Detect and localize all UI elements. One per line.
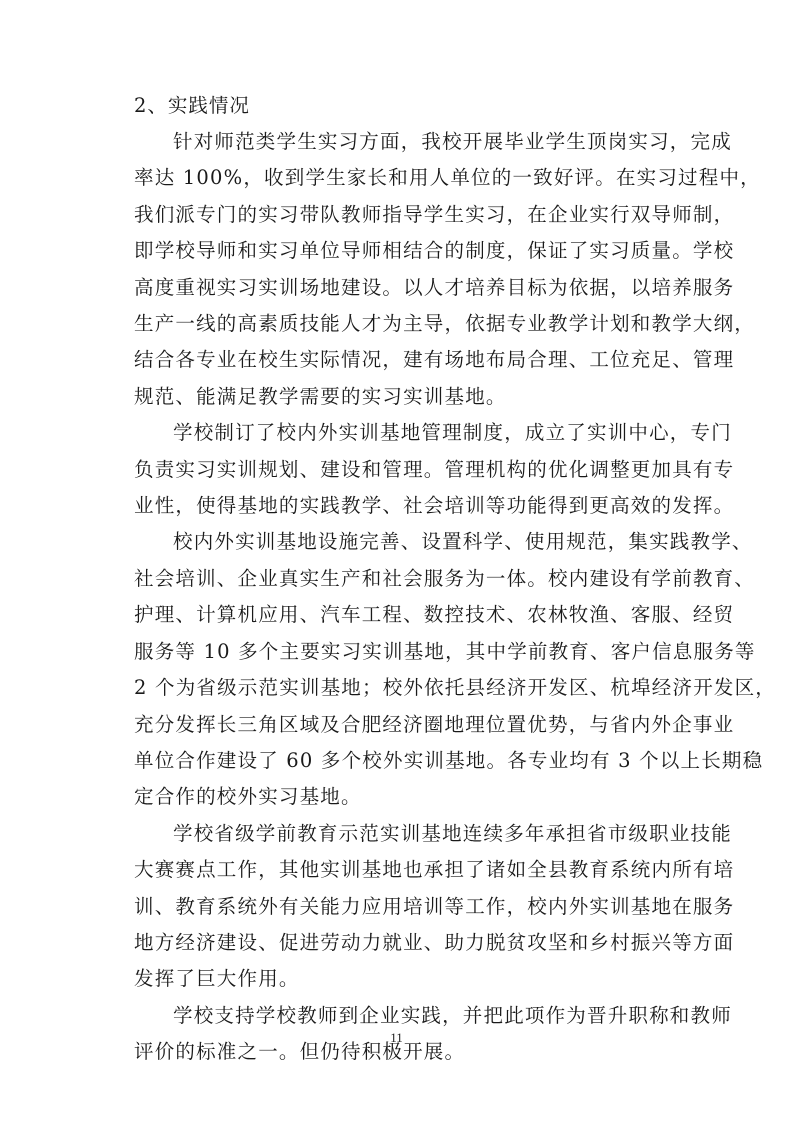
text-line: 2 个为省级示范实训基地；校外依托县经济开发区、杭埠经济开发区， [95, 670, 699, 706]
text-line: 即学校导师和实习单位导师相结合的制度，保证了实习质量。学校 [95, 233, 699, 269]
text-line: 服务等 10 多个主要实习实训基地，其中学前教育、客户信息服务等 [95, 634, 699, 670]
text-line: 发挥了巨大作用。 [95, 961, 699, 997]
text-line: 训、教育系统外有关能力应用培训等工作，校内外实训基地在服务 [95, 889, 699, 925]
text-line: 大赛赛点工作，其他实训基地也承担了诸如全县教育系统内所有培 [95, 852, 699, 888]
text-line: 地方经济建设、促进劳动力就业、助力脱贫攻坚和乡村振兴等方面 [95, 925, 699, 961]
text-line: 校内外实训基地设施完善、设置科学、使用规范，集实践教学、 [95, 524, 699, 560]
document-page: 2、实践情况 针对师范类学生实习方面，我校开展毕业学生顶岗实习，完成 率达 10… [95, 88, 699, 1071]
paragraph-training-bases: 校内外实训基地设施完善、设置科学、使用规范，集实践教学、 社会培训、企业真实生产… [95, 524, 699, 815]
text-line: 单位合作建设了 60 多个校外实训基地。各专业均有 3 个以上长期稳 [95, 743, 699, 779]
paragraph-internship: 针对师范类学生实习方面，我校开展毕业学生顶岗实习，完成 率达 100%，收到学生… [95, 124, 699, 415]
text-line: 充分发挥长三角区域及合肥经济圈地理位置优势，与省内外企事业 [95, 707, 699, 743]
text-line: 学校支持学校教师到企业实践，并把此项作为晋升职称和教师 [95, 998, 699, 1034]
text-line: 学校制订了校内外实训基地管理制度，成立了实训中心，专门 [95, 415, 699, 451]
text-line: 高度重视实习实训场地建设。以人才培养目标为依据，以培养服务 [95, 270, 699, 306]
text-line: 率达 100%，收到学生家长和用人单位的一致好评。在实习过程中， [95, 160, 699, 196]
paragraph-management: 学校制订了校内外实训基地管理制度，成立了实训中心，专门 负责实习实训规划、建设和… [95, 415, 699, 524]
text-line: 护理、计算机应用、汽车工程、数控技术、农林牧渔、客服、经贸 [95, 597, 699, 633]
text-line: 生产一线的高素质技能人才为主导，依据专业教学计划和教学大纲， [95, 306, 699, 342]
section-heading: 2、实践情况 [95, 88, 699, 124]
text-line: 社会培训、企业真实生产和社会服务为一体。校内建设有学前教育、 [95, 561, 699, 597]
text-line: 针对师范类学生实习方面，我校开展毕业学生顶岗实习，完成 [95, 124, 699, 160]
text-line: 负责实习实训规划、建设和管理。管理机构的优化调整更加具有专 [95, 452, 699, 488]
page-number: 11 [0, 1030, 793, 1046]
text-line: 我们派专门的实习带队教师指导学生实习，在企业实行双导师制， [95, 197, 699, 233]
text-line: 业性，使得基地的实践教学、社会培训等功能得到更高效的发挥。 [95, 488, 699, 524]
text-line: 定合作的校外实习基地。 [95, 779, 699, 815]
text-line: 结合各专业在校生实际情况，建有场地布局合理、工位充足、管理 [95, 342, 699, 378]
paragraph-competition: 学校省级学前教育示范实训基地连续多年承担省市级职业技能 大赛赛点工作，其他实训基… [95, 816, 699, 998]
text-line: 规范、能满足教学需要的实习实训基地。 [95, 379, 699, 415]
text-line: 学校省级学前教育示范实训基地连续多年承担省市级职业技能 [95, 816, 699, 852]
